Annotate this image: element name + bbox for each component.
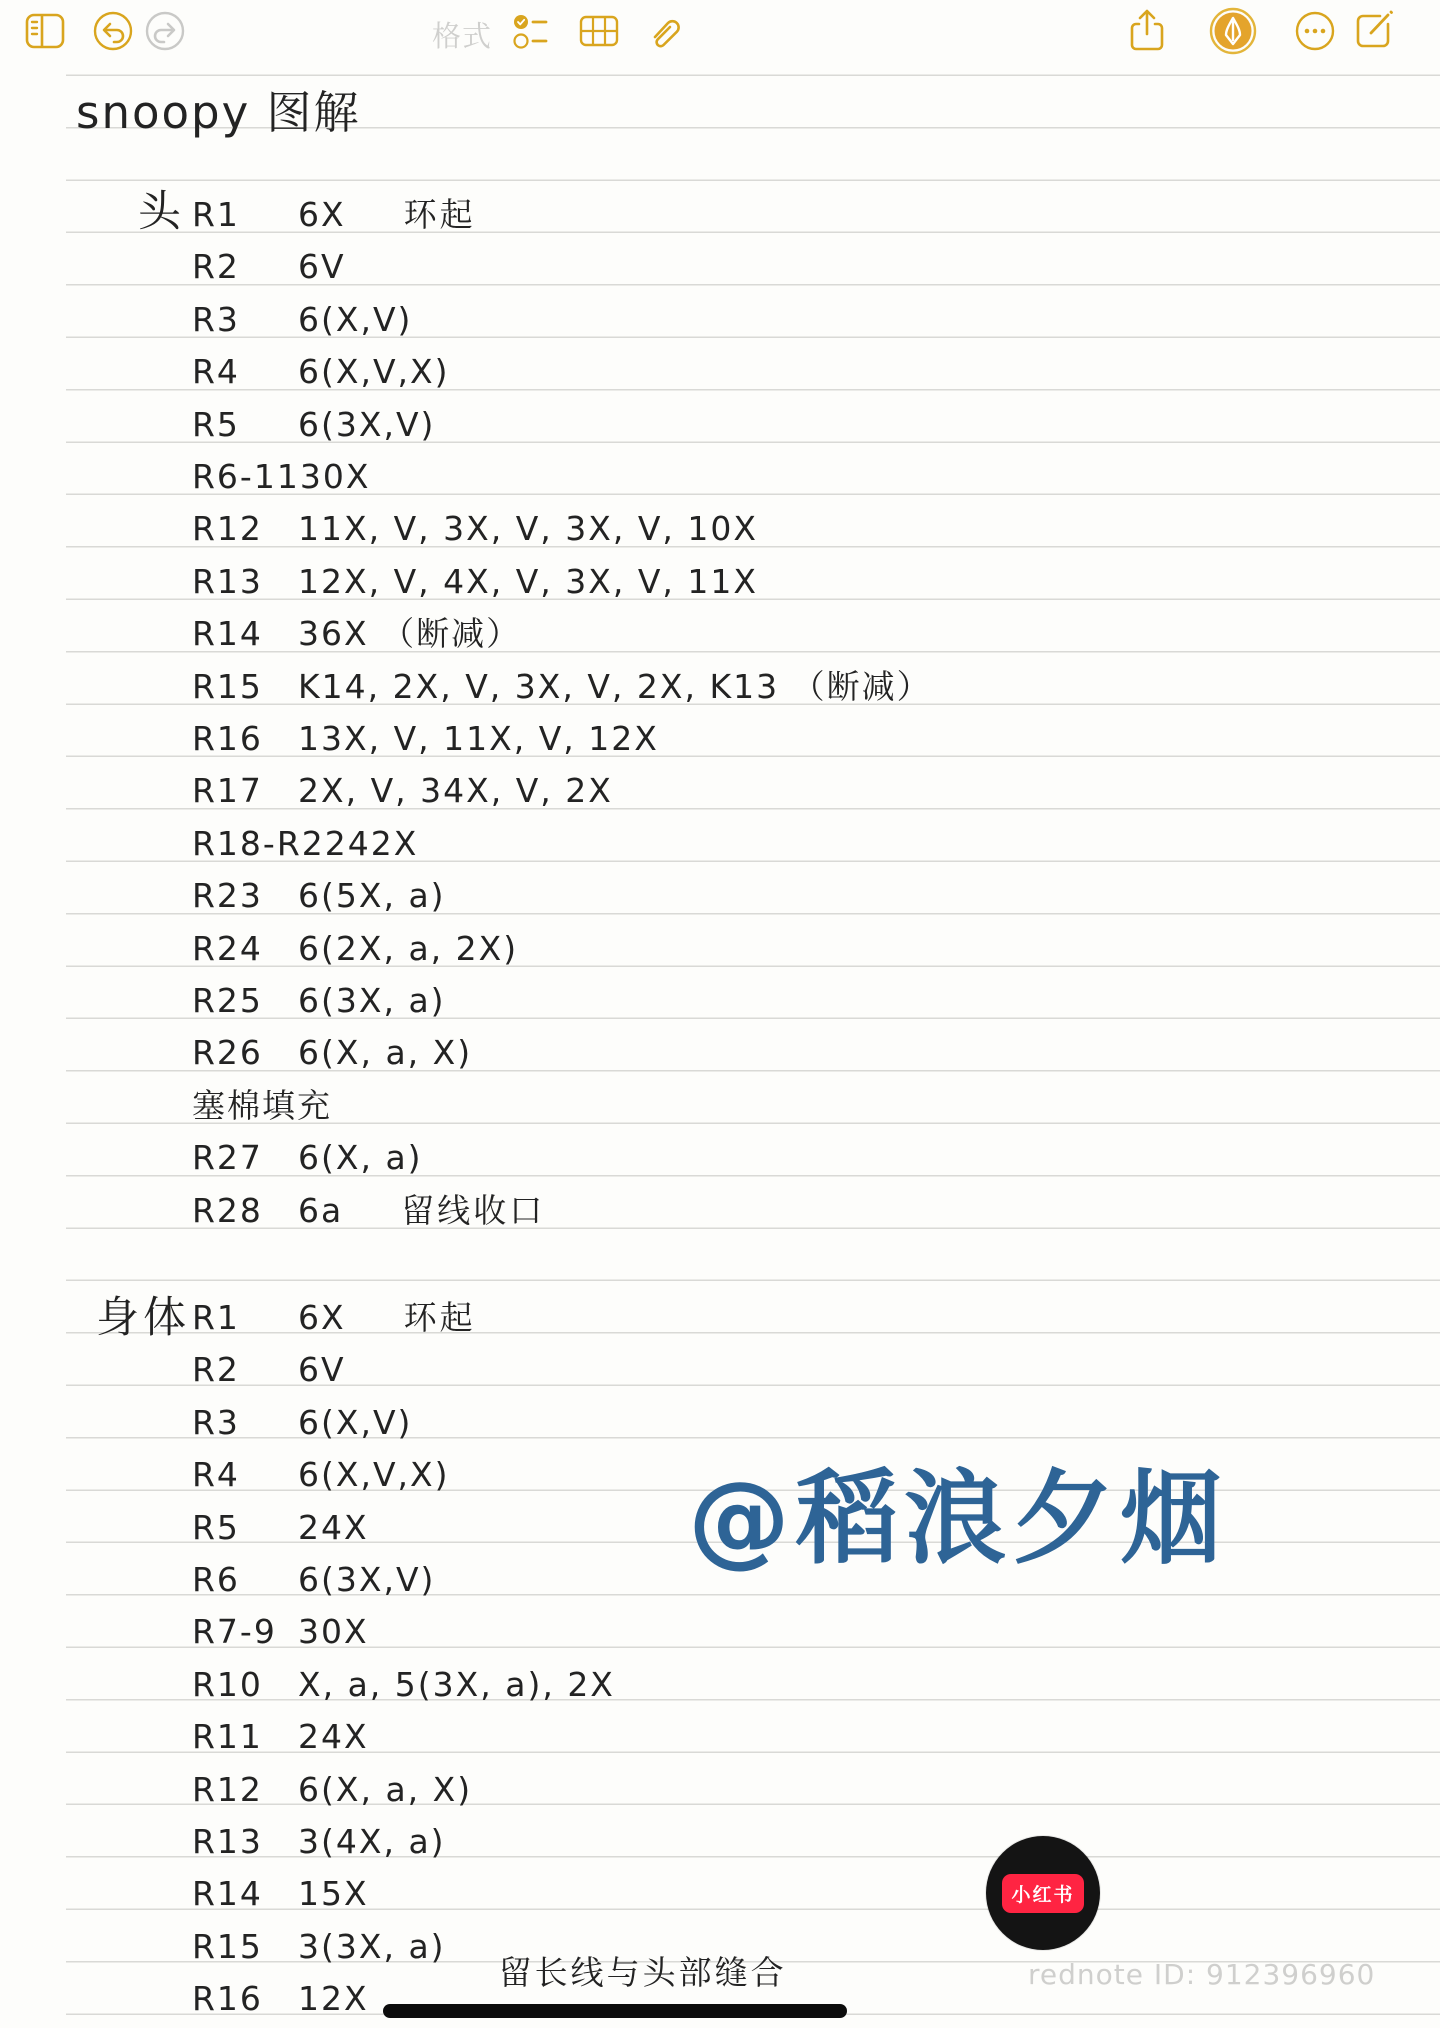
pattern-row: R1436X （断减） bbox=[192, 611, 521, 659]
format-button[interactable]: 格式 bbox=[432, 14, 492, 55]
row-stitches: 6(X,V) bbox=[298, 300, 412, 339]
pattern-row: R276(X, a) bbox=[192, 1135, 423, 1183]
row-label: R1 bbox=[192, 1295, 298, 1341]
redo-button[interactable] bbox=[142, 8, 188, 54]
row-label: R26 bbox=[192, 1030, 298, 1076]
compose-icon bbox=[1350, 8, 1396, 54]
marker-underline bbox=[383, 2004, 847, 2018]
row-label: R5 bbox=[192, 1505, 298, 1551]
attachment-button[interactable] bbox=[642, 8, 688, 54]
row-note: 环起 bbox=[404, 195, 476, 234]
pattern-row: R1312X, V, 4X, V, 3X, V, 11X bbox=[192, 559, 758, 607]
row-stitches: 6(3X,V) bbox=[298, 1560, 435, 1599]
xiaohongshu-logo-text: 小红书 bbox=[1002, 1874, 1083, 1913]
row-label: R2 bbox=[192, 1347, 298, 1393]
row-stitches: 6(X,V,X) bbox=[298, 1455, 450, 1494]
pattern-row: R6-1130X bbox=[192, 454, 370, 502]
pattern-row: R7-930X bbox=[192, 1609, 369, 1657]
pattern-row: R1211X, V, 3X, V, 3X, V, 10X bbox=[192, 506, 758, 554]
pattern-row: R524X bbox=[192, 1505, 369, 1553]
pattern-row: R266(X, a, X) bbox=[192, 1030, 472, 1078]
row-label: R23 bbox=[192, 873, 298, 919]
pattern-row: R1612X留长线与头部缝合 bbox=[192, 1976, 787, 2024]
row-stitches: 6a bbox=[298, 1191, 343, 1230]
more-button[interactable] bbox=[1292, 8, 1338, 54]
row-stitches: 6V bbox=[298, 1350, 346, 1389]
pattern-row: R133(4X, a) bbox=[192, 1819, 446, 1867]
markup-icon bbox=[1208, 6, 1258, 56]
row-stitches: K14, 2X, V, 3X, V, 2X, K13 （断减） bbox=[298, 667, 932, 706]
row-stitches: 6(5X, a) bbox=[298, 876, 446, 915]
row-stitches: 24X bbox=[298, 1717, 369, 1756]
row-stitches: 24X bbox=[298, 1508, 369, 1547]
row-stitches: 30X bbox=[300, 457, 371, 496]
compose-button[interactable] bbox=[1350, 8, 1396, 54]
row-stitches: X, a, 5(3X, a), 2X bbox=[298, 1665, 615, 1704]
pattern-row: R172X, V, 34X, V, 2X bbox=[192, 768, 613, 816]
row-stitches: 6V bbox=[298, 247, 346, 286]
undo-button[interactable] bbox=[90, 8, 136, 54]
pattern-row: R18-R2242X bbox=[192, 821, 418, 869]
notes-app-window: 格式 bbox=[0, 0, 1440, 2028]
sidebar-toggle-button[interactable] bbox=[22, 8, 68, 54]
attachment-icon bbox=[643, 9, 687, 53]
row-label: R10 bbox=[192, 1662, 298, 1708]
toolbar: 格式 bbox=[0, 0, 1440, 62]
row-stitches: 2X, V, 34X, V, 2X bbox=[298, 771, 613, 810]
row-stitches: 6(3X,V) bbox=[298, 405, 435, 444]
row-label: R24 bbox=[192, 926, 298, 972]
row-label: R6-11 bbox=[192, 454, 300, 500]
table-icon bbox=[577, 11, 621, 51]
row-note: 留长线与头部缝合 bbox=[499, 1953, 787, 1992]
section-label-body: 身体 bbox=[96, 1284, 190, 1345]
pattern-row: R1124X bbox=[192, 1714, 369, 1762]
row-label: R13 bbox=[192, 1819, 298, 1865]
row-label: R1 bbox=[192, 192, 298, 238]
row-stitches: 13X, V, 11X, V, 12X bbox=[298, 719, 659, 758]
row-stitches: 30X bbox=[298, 1612, 369, 1651]
row-label: R25 bbox=[192, 978, 298, 1024]
row-label: R18-R22 bbox=[192, 821, 348, 867]
row-label: R27 bbox=[192, 1135, 298, 1181]
checklist-icon bbox=[509, 9, 553, 53]
row-note-emphasized: 留长线与头部缝合 bbox=[383, 1950, 787, 2006]
row-label: R12 bbox=[192, 506, 298, 552]
pattern-row: R56(3X,V) bbox=[192, 402, 435, 450]
row-label: R4 bbox=[192, 349, 298, 395]
more-icon bbox=[1293, 9, 1337, 53]
row-stitches: 15X bbox=[298, 1874, 369, 1913]
row-label: R17 bbox=[192, 768, 298, 814]
row-label: R6 bbox=[192, 1557, 298, 1603]
pattern-row: R36(X,V) bbox=[192, 1400, 412, 1448]
row-stitches: 12X bbox=[298, 1979, 369, 2018]
row-label: R14 bbox=[192, 611, 298, 657]
pattern-row: R46(X,V,X) bbox=[192, 349, 450, 397]
row-label: R3 bbox=[192, 297, 298, 343]
pattern-row: R16X环起 bbox=[192, 1295, 476, 1343]
checklist-button[interactable] bbox=[508, 8, 554, 54]
pattern-row: R1613X, V, 11X, V, 12X bbox=[192, 716, 659, 764]
pattern-row: R10X, a, 5(3X, a), 2X bbox=[192, 1662, 615, 1710]
row-stitches: 3(4X, a) bbox=[298, 1822, 446, 1861]
pattern-row: R15K14, 2X, V, 3X, V, 2X, K13 （断减） bbox=[192, 664, 932, 712]
row-stitches: 6(X,V) bbox=[298, 1403, 412, 1442]
pattern-row: R126(X, a, X) bbox=[192, 1767, 472, 1815]
section-label-head: 头 bbox=[138, 178, 185, 239]
pattern-row: R26V bbox=[192, 1347, 346, 1395]
row-label: R28 bbox=[192, 1188, 298, 1234]
share-icon bbox=[1125, 8, 1169, 54]
row-note: 环起 bbox=[404, 1298, 476, 1337]
row-stitches: 6(X, a) bbox=[298, 1138, 423, 1177]
row-label: R14 bbox=[192, 1871, 298, 1917]
pattern-row: 塞棉填充 bbox=[192, 1083, 332, 1131]
pattern-row: R286a留线收口 bbox=[192, 1188, 545, 1236]
row-label: R12 bbox=[192, 1767, 298, 1813]
row-label: R15 bbox=[192, 664, 298, 710]
note-canvas[interactable]: snoopy 图解 头 身体 R16X环起R26VR36(X,V)R46(X,V… bbox=[0, 62, 1440, 2028]
author-watermark: @稻浪夕烟 bbox=[688, 1438, 1228, 1584]
undo-icon bbox=[91, 9, 135, 53]
row-note: 留线收口 bbox=[401, 1191, 545, 1230]
row-stitches: 12X, V, 4X, V, 3X, V, 11X bbox=[298, 562, 758, 601]
pattern-row: R46(X,V,X) bbox=[192, 1452, 450, 1500]
row-stitches: 42X bbox=[348, 824, 419, 863]
pattern-row: R246(2X, a, 2X) bbox=[192, 926, 518, 974]
row-label: R15 bbox=[192, 1924, 298, 1970]
pattern-row: R256(3X, a) bbox=[192, 978, 446, 1026]
pattern-row: R36(X,V) bbox=[192, 297, 412, 345]
row-label: R2 bbox=[192, 244, 298, 290]
rednote-id-text: rednote ID: 912396960 bbox=[1028, 1958, 1375, 1991]
row-label: R11 bbox=[192, 1714, 298, 1760]
row-label: 塞棉填充 bbox=[192, 1083, 332, 1129]
table-button[interactable] bbox=[576, 8, 622, 54]
pattern-row: R16X环起 bbox=[192, 192, 476, 240]
row-stitches: 6(X, a, X) bbox=[298, 1770, 472, 1809]
row-label: R3 bbox=[192, 1400, 298, 1446]
pattern-row: R26V bbox=[192, 244, 346, 292]
row-stitches: 11X, V, 3X, V, 3X, V, 10X bbox=[298, 509, 758, 548]
row-label: R4 bbox=[192, 1452, 298, 1498]
row-stitches: 6(X, a, X) bbox=[298, 1033, 472, 1072]
row-stitches: 36X （断减） bbox=[298, 614, 521, 653]
xiaohongshu-logo: 小红书 bbox=[986, 1836, 1100, 1950]
redo-icon bbox=[143, 9, 187, 53]
sidebar-icon bbox=[24, 11, 66, 51]
row-label: R5 bbox=[192, 402, 298, 448]
row-stitches: 6(2X, a, 2X) bbox=[298, 929, 518, 968]
row-label: R16 bbox=[192, 1976, 298, 2022]
row-stitches: 6X bbox=[298, 195, 346, 234]
row-stitches: 6(X,V,X) bbox=[298, 352, 450, 391]
row-stitches: 6(3X, a) bbox=[298, 981, 446, 1020]
pattern-row: R236(5X, a) bbox=[192, 873, 446, 921]
note-title: snoopy 图解 bbox=[76, 76, 361, 141]
markup-button[interactable] bbox=[1208, 6, 1258, 56]
share-button[interactable] bbox=[1124, 8, 1170, 54]
row-label: R16 bbox=[192, 716, 298, 762]
row-label: R7-9 bbox=[192, 1609, 298, 1655]
row-label: R13 bbox=[192, 559, 298, 605]
pattern-row: R66(3X,V) bbox=[192, 1557, 435, 1605]
pattern-row: R1415X bbox=[192, 1871, 369, 1919]
row-stitches: 6X bbox=[298, 1298, 346, 1337]
